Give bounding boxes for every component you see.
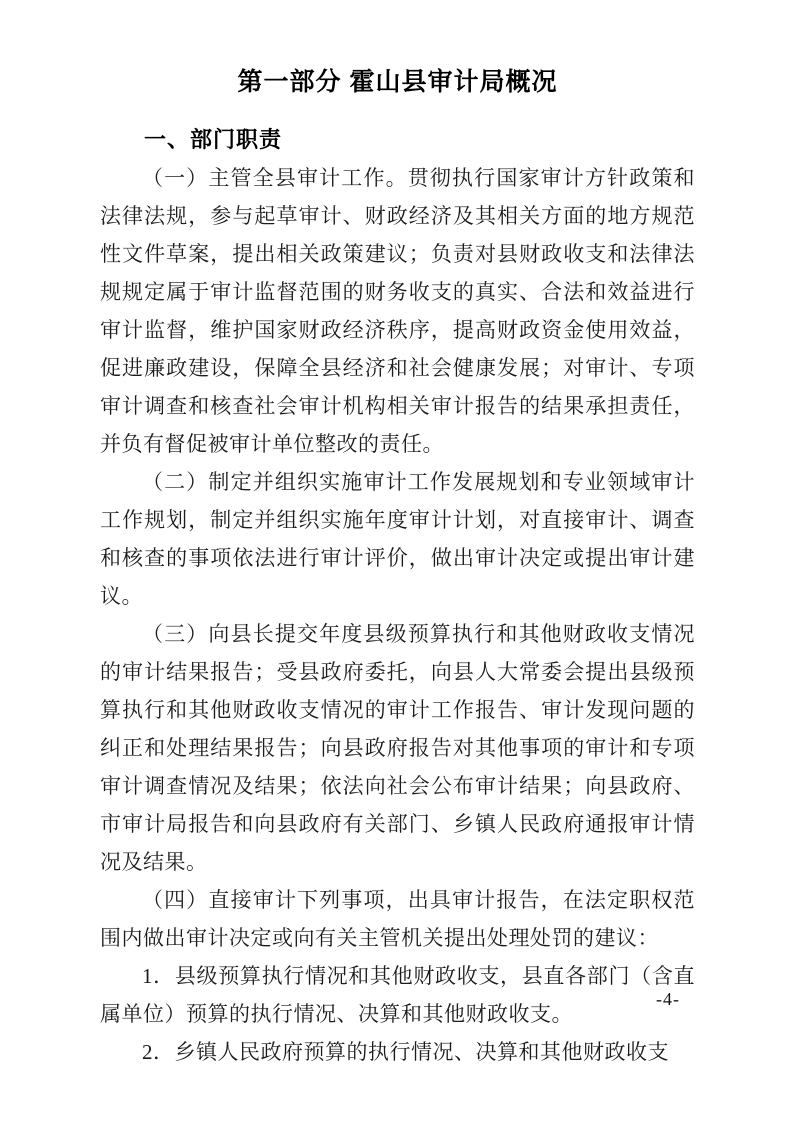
list-item-2: 2．乡镇人民政府预算的执行情况、决算和其他财政收支 xyxy=(100,1033,695,1071)
document-page: 第一部分 霍山县审计局概况 一、部门职责 （一）主管全县审计工作。贯彻执行国家审… xyxy=(0,0,793,1122)
list-item-1: 1．县级预算执行情况和其他财政收支，县直各部门（含直属单位）预算的执行情况、决算… xyxy=(100,957,695,1033)
paragraph-4: （四）直接审计下列事项，出具审计报告，在法定职权范围内做出审计决定或向有关主管机… xyxy=(100,881,695,957)
document-body: （一）主管全县审计工作。贯彻执行国家审计方针政策和法律法规，参与起草审计、财政经… xyxy=(100,159,695,1071)
section-heading: 一、部门职责 xyxy=(100,125,695,155)
page-title: 第一部分 霍山县审计局概况 xyxy=(100,66,695,98)
paragraph-1: （一）主管全县审计工作。贯彻执行国家审计方针政策和法律法规，参与起草审计、财政经… xyxy=(100,159,695,463)
paragraph-2: （二）制定并组织实施审计工作发展规划和专业领域审计工作规划，制定并组织实施年度审… xyxy=(100,463,695,615)
page-number: -4- xyxy=(656,989,680,1010)
paragraph-3: （三）向县长提交年度县级预算执行和其他财政收支情况的审计结果报告；受县政府委托，… xyxy=(100,615,695,881)
